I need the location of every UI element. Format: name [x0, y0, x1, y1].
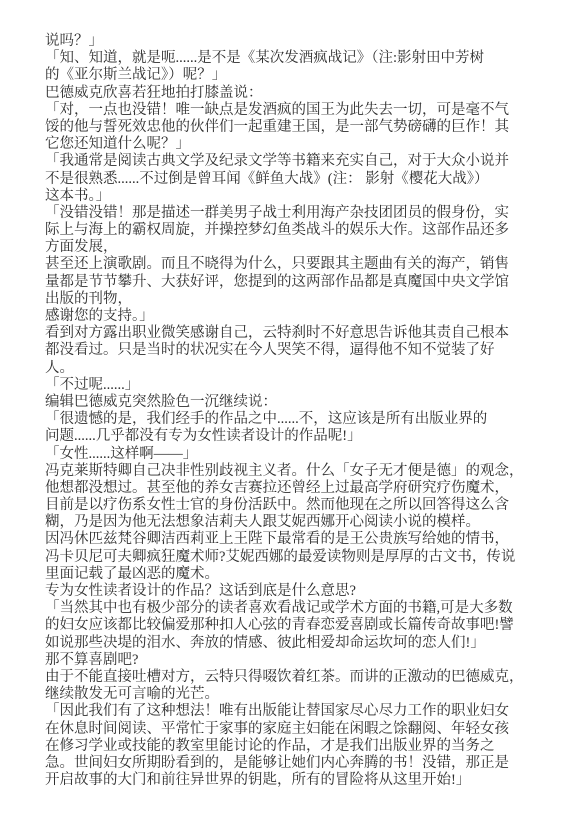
document-page: 说吗？」「知、知道，就是呃......是不是《某次发酒疯战记》（注:影射田中芳树… [0, 0, 583, 828]
text-line: 目前是以疗伤系女性士官的身份活跃中。然而他现在之所以回答得这么含 [45, 497, 545, 514]
text-line: 在休息时间阅读、平常忙于家事的家庭主妇能在闲暇之馀翻阅、年轻女孩 [45, 721, 545, 738]
text-line: 巴德威克欣喜若狂地拍打膝盖说： [45, 85, 545, 102]
text-line: 急。世间妇女所期盼看到的，是能够让她们内心奔腾的书！没错，那正是 [45, 755, 545, 772]
text-line: 如说那些决堤的泪水、奔放的情感、彼此相爱却命运坎坷的恋人们!」 [45, 635, 545, 652]
text-line: 方面发展， [45, 239, 545, 256]
text-line: 冯卡贝尼可夫卿疯狂魔术师?艾妮西娜的最爱读物则是厚厚的古文书，传说 [45, 549, 545, 566]
text-line: 不是很熟悉......不过倒是曾耳闻《鲜鱼大战》(注： 影射《樱花大战》） [45, 171, 545, 188]
text-line: 「很遗憾的是，我们经手的作品之中......不，这应该是所有出版业界的 [45, 411, 545, 428]
text-line: 开启故事的大门和前往异世界的钥匙，所有的冒险将从这里开始!」 [45, 772, 545, 789]
text-line: 「因此我们有了这种想法！唯有出版能让替国家尽心尽力工作的职业妇女 [45, 703, 545, 720]
text-line: 馁的他与誓死效忠他的伙伴们一起重建王国，是一部气势磅礴的巨作！其 [45, 119, 545, 136]
text-line: 甚至还上演歌剧。而且不晓得为什么，只要跟其主题曲有关的海产，销售 [45, 256, 545, 273]
text-line: 那不算喜剧吧? [45, 652, 545, 669]
text-line: 都没看过。只是当时的状况实在今人哭笑不得，逼得他不知不觉装了好 [45, 342, 545, 359]
text-line: 「女性......这样啊——」 [45, 446, 545, 463]
text-line: 看到对方露出职业微笑感谢自己，云特刹时不好意思告诉他其责自己根本 [45, 325, 545, 342]
text-line: 问题......几乎都没有专为女性读者设计的作品呢!」 [45, 428, 545, 445]
text-line: 这本书。」 [45, 188, 545, 205]
text-line: 出版的刊物， [45, 291, 545, 308]
text-line: 「对，一点也没错！唯一缺点是发酒疯的国王为此失去一切，可是毫不气 [45, 102, 545, 119]
text-line: 它您还知道什么呢？」 [45, 136, 545, 153]
text-line: 「知、知道，就是呃......是不是《某次发酒疯战记》（注:影射田中芳树 [45, 50, 545, 67]
text-line: 感谢您的支持。」 [45, 308, 545, 325]
text-line: 冯克莱斯特卿自己决非性别歧视主义者。什么「女子无才便是德」的观念， [45, 463, 545, 480]
text-line: 他想都没想过。甚至他的养女吉赛拉还曾经上过最高学府研究疗伤魔术， [45, 480, 545, 497]
text-line: 说吗？」 [45, 33, 545, 50]
text-line: 「我通常是阅读古典文学及纪录文学等书籍来充实自己，对于大众小说并 [45, 153, 545, 170]
text-line: 人。 [45, 360, 545, 377]
text-line: 「当然其中也有极少部分的读者喜欢看战记或学术方面的书籍,可是大多数 [45, 600, 545, 617]
text-line: 际上与海上的霸权周旋，并操控梦幻鱼类战斗的娱乐大作。这部作品还多 [45, 222, 545, 239]
text-line: 糊，乃是因为他无法想象洁莉夫人跟艾妮西娜开心阅读小说的模样。 [45, 514, 545, 531]
text-line: 由于不能直接吐槽对方，云特只得啜饮着红茶。而讲的正激动的巴德威克， [45, 669, 545, 686]
text-line: 里面记载了最凶恶的魔术。 [45, 566, 545, 583]
text-line: 「没错没错！那是描述一群美男子战士利用海产杂技团团员的假身份，实 [45, 205, 545, 222]
text-line: 的妇女应该都比较偏爱那种扣人心弦的青春恋爱喜剧或长篇传奇故事吧!譬 [45, 617, 545, 634]
text-line: 因冯休匹兹梵谷卿洁西莉亚上王陛下最常看的是王公贵族写给她的情书， [45, 531, 545, 548]
text-line: 继续散发无可言喻的光芒。 [45, 686, 545, 703]
text-line: 编辑巴德威克突然脸色一沉继续说： [45, 394, 545, 411]
text-line: 专为女性读者设计的作品？这话到底是什么意思? [45, 583, 545, 600]
text-line: 的《亚尔斯兰战记》）呢？」 [45, 67, 545, 84]
text-line: 在修习学业或技能的教室里能讨论的作品，才是我们出版业界的当务之 [45, 738, 545, 755]
text-line: 量都是节节攀升、大获好评，您提到的这两部作品都是真魔国中央文学馆 [45, 274, 545, 291]
novel-text-block: 说吗？」「知、知道，就是呃......是不是《某次发酒疯战记》（注:影射田中芳树… [45, 33, 545, 789]
text-line: 「不过呢......」 [45, 377, 545, 394]
